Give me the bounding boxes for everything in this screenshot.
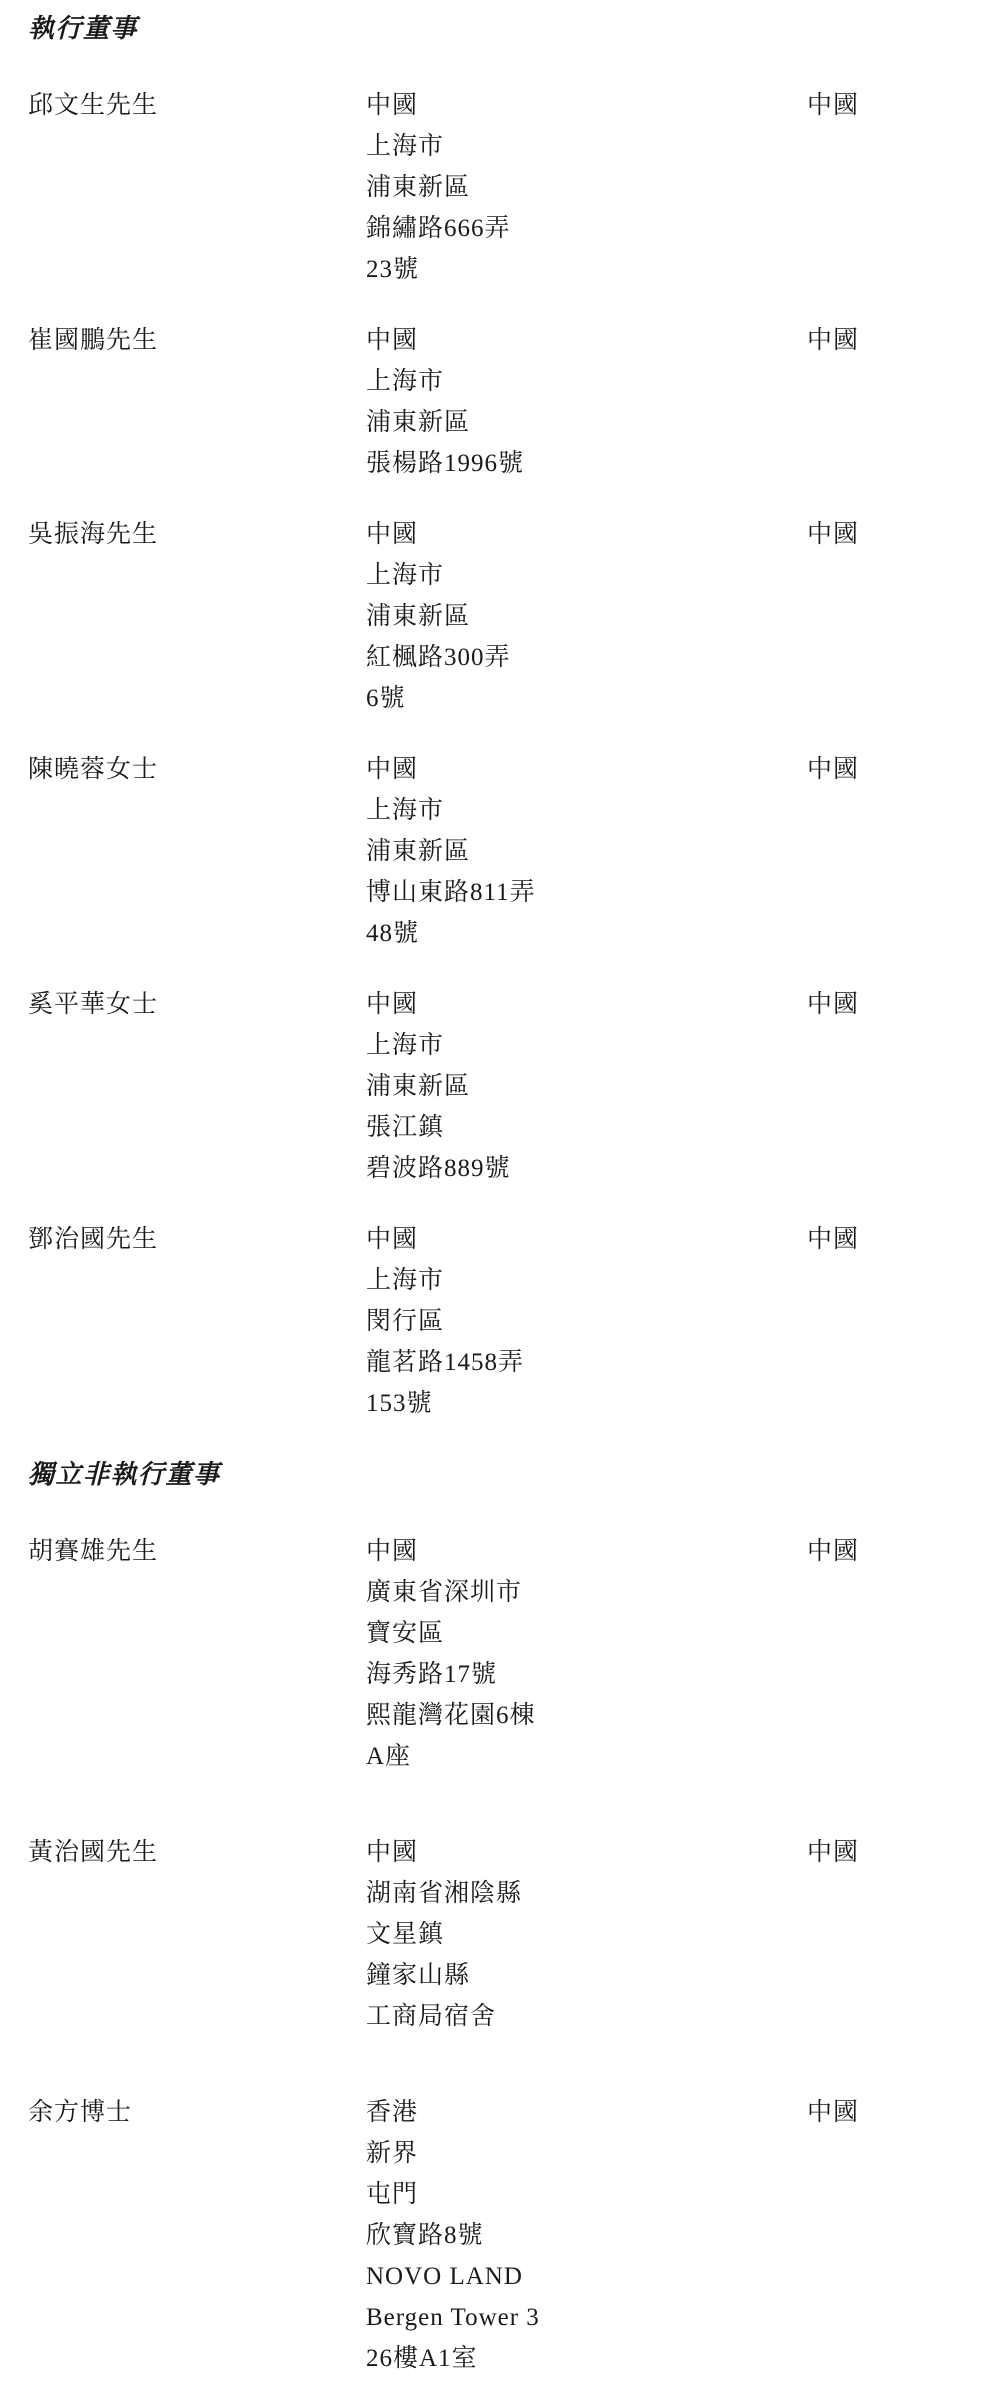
address-line: 紅楓路300弄	[366, 637, 807, 678]
director-name: 陳曉蓉女士	[28, 749, 366, 790]
address-line: 浦東新區	[366, 831, 807, 872]
address-line: 中國	[366, 1531, 807, 1572]
address-line: 26樓A1室	[366, 2338, 807, 2379]
director-address: 中國上海市閔行區龍茗路1458弄153號	[366, 1219, 807, 1424]
director-name: 奚平華女士	[28, 984, 366, 1025]
address-line: 153號	[366, 1383, 807, 1424]
director-section: 獨立非執行董事 胡賽雄先生 中國廣東省深圳市寶安區海秀路17號熙龍灣花園6棟A座…	[28, 1454, 998, 2379]
address-line: 香港	[366, 2092, 807, 2133]
address-line: 新界	[366, 2133, 807, 2174]
director-name: 胡賽雄先生	[28, 1531, 366, 1572]
director-name: 崔國鵬先生	[28, 320, 366, 361]
director-row: 余方博士 香港新界屯門欣寶路8號NOVO LANDBergen Tower 32…	[28, 2092, 998, 2379]
director-address: 中國廣東省深圳市寶安區海秀路17號熙龍灣花園6棟A座	[366, 1531, 807, 1777]
address-line: 文星鎮	[366, 1914, 807, 1955]
director-address: 中國上海市浦東新區紅楓路300弄6號	[366, 514, 807, 719]
director-row: 奚平華女士 中國上海市浦東新區張江鎮碧波路889號 中國	[28, 984, 998, 1189]
address-line: 中國	[366, 514, 807, 555]
director-address: 香港新界屯門欣寶路8號NOVO LANDBergen Tower 326樓A1室	[366, 2092, 807, 2379]
director-address: 中國上海市浦東新區錦繡路666弄23號	[366, 85, 807, 290]
director-nationality: 中國	[807, 514, 859, 555]
address-line: 海秀路17號	[366, 1654, 807, 1695]
address-line: 中國	[366, 85, 807, 126]
director-address: 中國上海市浦東新區張楊路1996號	[366, 320, 807, 484]
address-line: 龍茗路1458弄	[366, 1342, 807, 1383]
address-line: 屯門	[366, 2174, 807, 2215]
director-row: 崔國鵬先生 中國上海市浦東新區張楊路1996號 中國	[28, 320, 998, 484]
director-nationality: 中國	[807, 1531, 859, 1572]
address-line: 熙龍灣花園6棟	[366, 1695, 807, 1736]
director-address: 中國湖南省湘陰縣文星鎮鐘家山縣工商局宿舍	[366, 1832, 807, 2037]
address-line: 錦繡路666弄	[366, 208, 807, 249]
address-line: 浦東新區	[366, 596, 807, 637]
address-line: 閔行區	[366, 1301, 807, 1342]
address-line: 23號	[366, 249, 807, 290]
address-line: 寶安區	[366, 1613, 807, 1654]
address-line: 浦東新區	[366, 402, 807, 443]
section-directors: 邱文生先生 中國上海市浦東新區錦繡路666弄23號 中國 崔國鵬先生 中國上海市…	[28, 85, 998, 1424]
director-name: 黃治國先生	[28, 1832, 366, 1873]
address-line: 浦東新區	[366, 1066, 807, 1107]
director-nationality: 中國	[807, 984, 859, 1025]
director-address: 中國上海市浦東新區博山東路811弄48號	[366, 749, 807, 954]
section-directors: 胡賽雄先生 中國廣東省深圳市寶安區海秀路17號熙龍灣花園6棟A座 中國 黃治國先…	[28, 1531, 998, 2379]
address-line: 博山東路811弄	[366, 872, 807, 913]
address-line: 張楊路1996號	[366, 443, 807, 484]
director-nationality: 中國	[807, 2092, 859, 2133]
director-row: 黃治國先生 中國湖南省湘陰縣文星鎮鐘家山縣工商局宿舍 中國	[28, 1832, 998, 2037]
director-nationality: 中國	[807, 1832, 859, 1873]
address-line: 中國	[366, 1219, 807, 1260]
director-name: 邱文生先生	[28, 85, 366, 126]
address-line: 上海市	[366, 555, 807, 596]
address-line: A座	[366, 1736, 807, 1777]
director-nationality: 中國	[807, 320, 859, 361]
address-line: 欣寶路8號	[366, 2215, 807, 2256]
director-name: 鄧治國先生	[28, 1219, 366, 1260]
address-line: 工商局宿舍	[366, 1996, 807, 2037]
director-name: 余方博士	[28, 2092, 366, 2133]
director-address: 中國上海市浦東新區張江鎮碧波路889號	[366, 984, 807, 1189]
address-line: 上海市	[366, 1260, 807, 1301]
address-line: 中國	[366, 749, 807, 790]
director-row: 陳曉蓉女士 中國上海市浦東新區博山東路811弄48號 中國	[28, 749, 998, 954]
director-name: 吳振海先生	[28, 514, 366, 555]
address-line: 中國	[366, 984, 807, 1025]
address-line: NOVO LAND	[366, 2256, 807, 2297]
director-row: 吳振海先生 中國上海市浦東新區紅楓路300弄6號 中國	[28, 514, 998, 719]
director-row: 邱文生先生 中國上海市浦東新區錦繡路666弄23號 中國	[28, 85, 998, 290]
address-line: 48號	[366, 913, 807, 954]
address-line: 湖南省湘陰縣	[366, 1873, 807, 1914]
section-heading: 執行董事	[28, 8, 998, 49]
address-line: 碧波路889號	[366, 1148, 807, 1189]
address-line: 上海市	[366, 361, 807, 402]
director-nationality: 中國	[807, 85, 859, 126]
document-page: 執行董事 邱文生先生 中國上海市浦東新區錦繡路666弄23號 中國 崔國鵬先生 …	[0, 0, 998, 2408]
address-line: 張江鎮	[366, 1107, 807, 1148]
address-line: 上海市	[366, 126, 807, 167]
address-line: 鐘家山縣	[366, 1955, 807, 1996]
director-nationality: 中國	[807, 1219, 859, 1260]
director-nationality: 中國	[807, 749, 859, 790]
director-row: 鄧治國先生 中國上海市閔行區龍茗路1458弄153號 中國	[28, 1219, 998, 1424]
director-row: 胡賽雄先生 中國廣東省深圳市寶安區海秀路17號熙龍灣花園6棟A座 中國	[28, 1531, 998, 1777]
address-line: 上海市	[366, 790, 807, 831]
address-line: 浦東新區	[366, 167, 807, 208]
director-section: 執行董事 邱文生先生 中國上海市浦東新區錦繡路666弄23號 中國 崔國鵬先生 …	[28, 8, 998, 1424]
section-heading: 獨立非執行董事	[28, 1454, 998, 1495]
address-line: 上海市	[366, 1025, 807, 1066]
address-line: Bergen Tower 3	[366, 2297, 807, 2338]
address-line: 廣東省深圳市	[366, 1572, 807, 1613]
address-line: 中國	[366, 1832, 807, 1873]
address-line: 6號	[366, 678, 807, 719]
address-line: 中國	[366, 320, 807, 361]
